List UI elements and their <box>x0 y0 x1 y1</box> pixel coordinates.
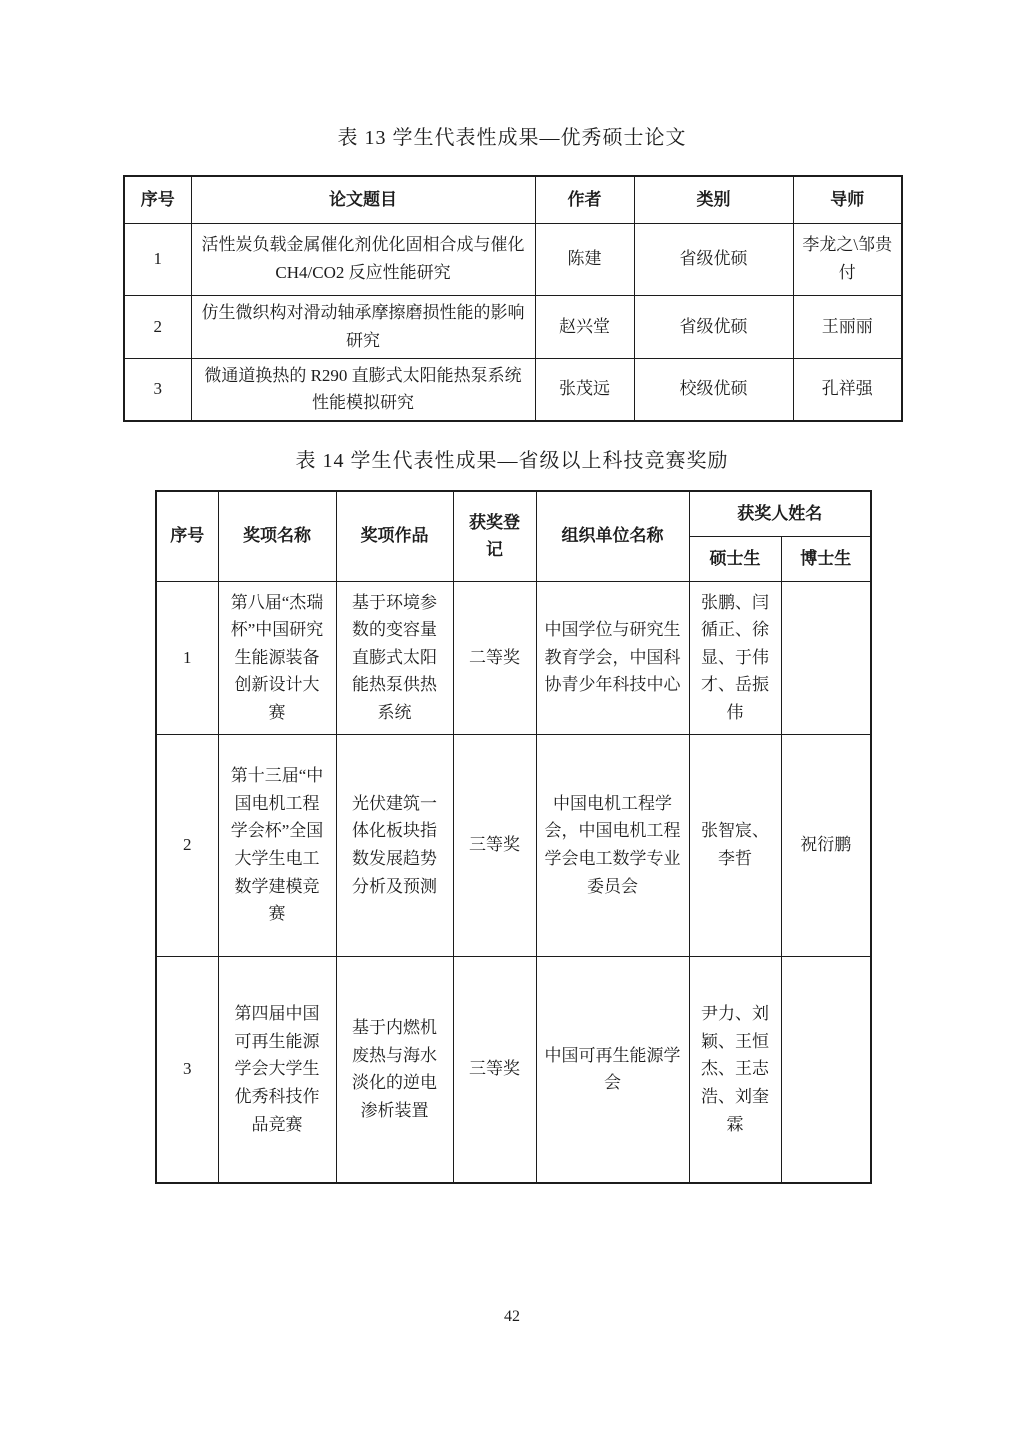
cell-award-grade: 三等奖 <box>453 956 536 1183</box>
cell-thesis-title: 仿生微织构对滑动轴承摩擦磨损性能的影响研究 <box>191 295 535 358</box>
table-13-title: 表 13 学生代表性成果—优秀硕士论文 <box>0 121 1024 150</box>
cell-master-students: 张鹏、闫循正、徐显、于伟才、岳振伟 <box>689 581 781 734</box>
cell-seq: 1 <box>124 223 191 295</box>
table-14-awards: 序号 奖项名称 奖项作品 获奖登记 组织单位名称 获奖人姓名 硕士生 博士生 1… <box>155 490 872 1184</box>
column-header-seq: 序号 <box>156 491 218 581</box>
column-header-organizer: 组织单位名称 <box>536 491 689 581</box>
cell-award-work: 光伏建筑一体化板块指数发展趋势分析及预测 <box>336 734 453 956</box>
cell-thesis-title: 活性炭负载金属催化剂优化固相合成与催化 CH4/CO2 反应性能研究 <box>191 223 535 295</box>
column-header-master-students: 硕士生 <box>689 536 781 581</box>
column-header-doctoral-students: 博士生 <box>781 536 871 581</box>
cell-award-name: 第八届“杰瑞杯”中国研究生能源装备创新设计大赛 <box>218 581 336 734</box>
cell-category: 校级优硕 <box>634 358 793 421</box>
cell-doctoral-students <box>781 956 871 1183</box>
column-header-thesis-title: 论文题目 <box>191 176 535 223</box>
column-header-award-name: 奖项名称 <box>218 491 336 581</box>
column-header-winner-names: 获奖人姓名 <box>689 491 871 536</box>
table-row: 1 活性炭负载金属催化剂优化固相合成与催化 CH4/CO2 反应性能研究 陈建 … <box>124 223 902 295</box>
column-header-award-work: 奖项作品 <box>336 491 453 581</box>
cell-thesis-title: 微通道换热的 R290 直膨式太阳能热泵系统性能模拟研究 <box>191 358 535 421</box>
cell-seq: 3 <box>156 956 218 1183</box>
cell-award-work: 基于环境参数的变容量直膨式太阳能热泵供热系统 <box>336 581 453 734</box>
cell-author: 赵兴堂 <box>535 295 634 358</box>
cell-master-students: 尹力、刘颖、王恒杰、王志浩、刘奎霖 <box>689 956 781 1183</box>
column-header-supervisor: 导师 <box>793 176 902 223</box>
cell-award-name: 第四届中国可再生能源学会大学生优秀科技作品竞赛 <box>218 956 336 1183</box>
cell-award-grade: 三等奖 <box>453 734 536 956</box>
cell-seq: 2 <box>156 734 218 956</box>
column-header-award-grade: 获奖登记 <box>453 491 536 581</box>
column-header-seq: 序号 <box>124 176 191 223</box>
cell-seq: 2 <box>124 295 191 358</box>
cell-doctoral-students: 祝衍鹏 <box>781 734 871 956</box>
table-row: 1 第八届“杰瑞杯”中国研究生能源装备创新设计大赛 基于环境参数的变容量直膨式太… <box>156 581 871 734</box>
column-header-author: 作者 <box>535 176 634 223</box>
column-header-category: 类别 <box>634 176 793 223</box>
cell-supervisor: 王丽丽 <box>793 295 902 358</box>
cell-organizer: 中国可再生能源学会 <box>536 956 689 1183</box>
cell-award-work: 基于内燃机废热与海水淡化的逆电渗析装置 <box>336 956 453 1183</box>
page-number: 42 <box>0 1308 1024 1326</box>
table-row: 2 仿生微织构对滑动轴承摩擦磨损性能的影响研究 赵兴堂 省级优硕 王丽丽 <box>124 295 902 358</box>
cell-category: 省级优硕 <box>634 295 793 358</box>
table-row: 3 微通道换热的 R290 直膨式太阳能热泵系统性能模拟研究 张茂远 校级优硕 … <box>124 358 902 421</box>
table-14-header-row-top: 序号 奖项名称 奖项作品 获奖登记 组织单位名称 获奖人姓名 <box>156 491 871 536</box>
table-row: 3 第四届中国可再生能源学会大学生优秀科技作品竞赛 基于内燃机废热与海水淡化的逆… <box>156 956 871 1183</box>
cell-supervisor: 孔祥强 <box>793 358 902 421</box>
table-13-header-row: 序号 论文题目 作者 类别 导师 <box>124 176 902 223</box>
table-14-title: 表 14 学生代表性成果—省级以上科技竞赛奖励 <box>0 444 1024 473</box>
cell-seq: 1 <box>156 581 218 734</box>
cell-master-students: 张智宸、李哲 <box>689 734 781 956</box>
cell-doctoral-students <box>781 581 871 734</box>
cell-organizer: 中国电机工程学会，中国电机工程学会电工数学专业委员会 <box>536 734 689 956</box>
cell-author: 陈建 <box>535 223 634 295</box>
cell-award-grade: 二等奖 <box>453 581 536 734</box>
cell-category: 省级优硕 <box>634 223 793 295</box>
cell-award-name: 第十三届“中国电机工程学会杯”全国大学生电工数学建模竞赛 <box>218 734 336 956</box>
table-13-theses: 序号 论文题目 作者 类别 导师 1 活性炭负载金属催化剂优化固相合成与催化 C… <box>123 175 903 422</box>
table-row: 2 第十三届“中国电机工程学会杯”全国大学生电工数学建模竞赛 光伏建筑一体化板块… <box>156 734 871 956</box>
cell-supervisor: 李龙之\邹贵付 <box>793 223 902 295</box>
cell-author: 张茂远 <box>535 358 634 421</box>
cell-seq: 3 <box>124 358 191 421</box>
cell-organizer: 中国学位与研究生教育学会，中国科协青少年科技中心 <box>536 581 689 734</box>
